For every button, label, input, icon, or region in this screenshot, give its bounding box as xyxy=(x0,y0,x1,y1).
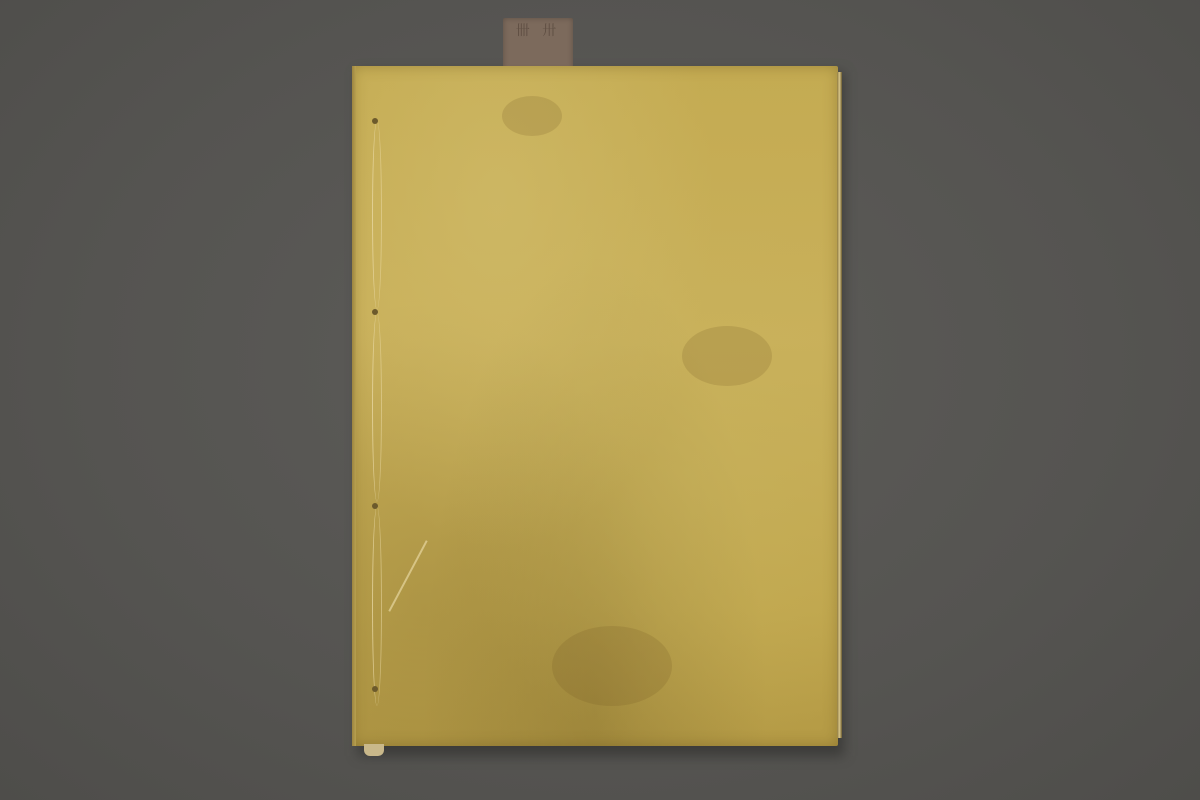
cover-stain xyxy=(552,626,672,706)
cover-stain xyxy=(502,96,562,136)
binding-thread xyxy=(372,506,382,706)
cover-stain xyxy=(682,326,772,386)
binding-knot xyxy=(372,118,378,124)
binding-tail xyxy=(364,744,384,756)
binding-thread xyxy=(372,312,382,502)
binding-knot xyxy=(372,309,378,315)
binding-knot xyxy=(372,686,378,692)
spine-edge xyxy=(352,66,356,746)
book-cover xyxy=(352,66,838,746)
catalog-tag-text: 卌 卅 xyxy=(511,24,565,68)
binding-thread xyxy=(372,120,382,310)
fore-edge xyxy=(837,72,842,738)
catalog-tag: 卌 卅 xyxy=(503,18,573,70)
binding-knot xyxy=(372,503,378,509)
cover-crease xyxy=(388,540,427,612)
